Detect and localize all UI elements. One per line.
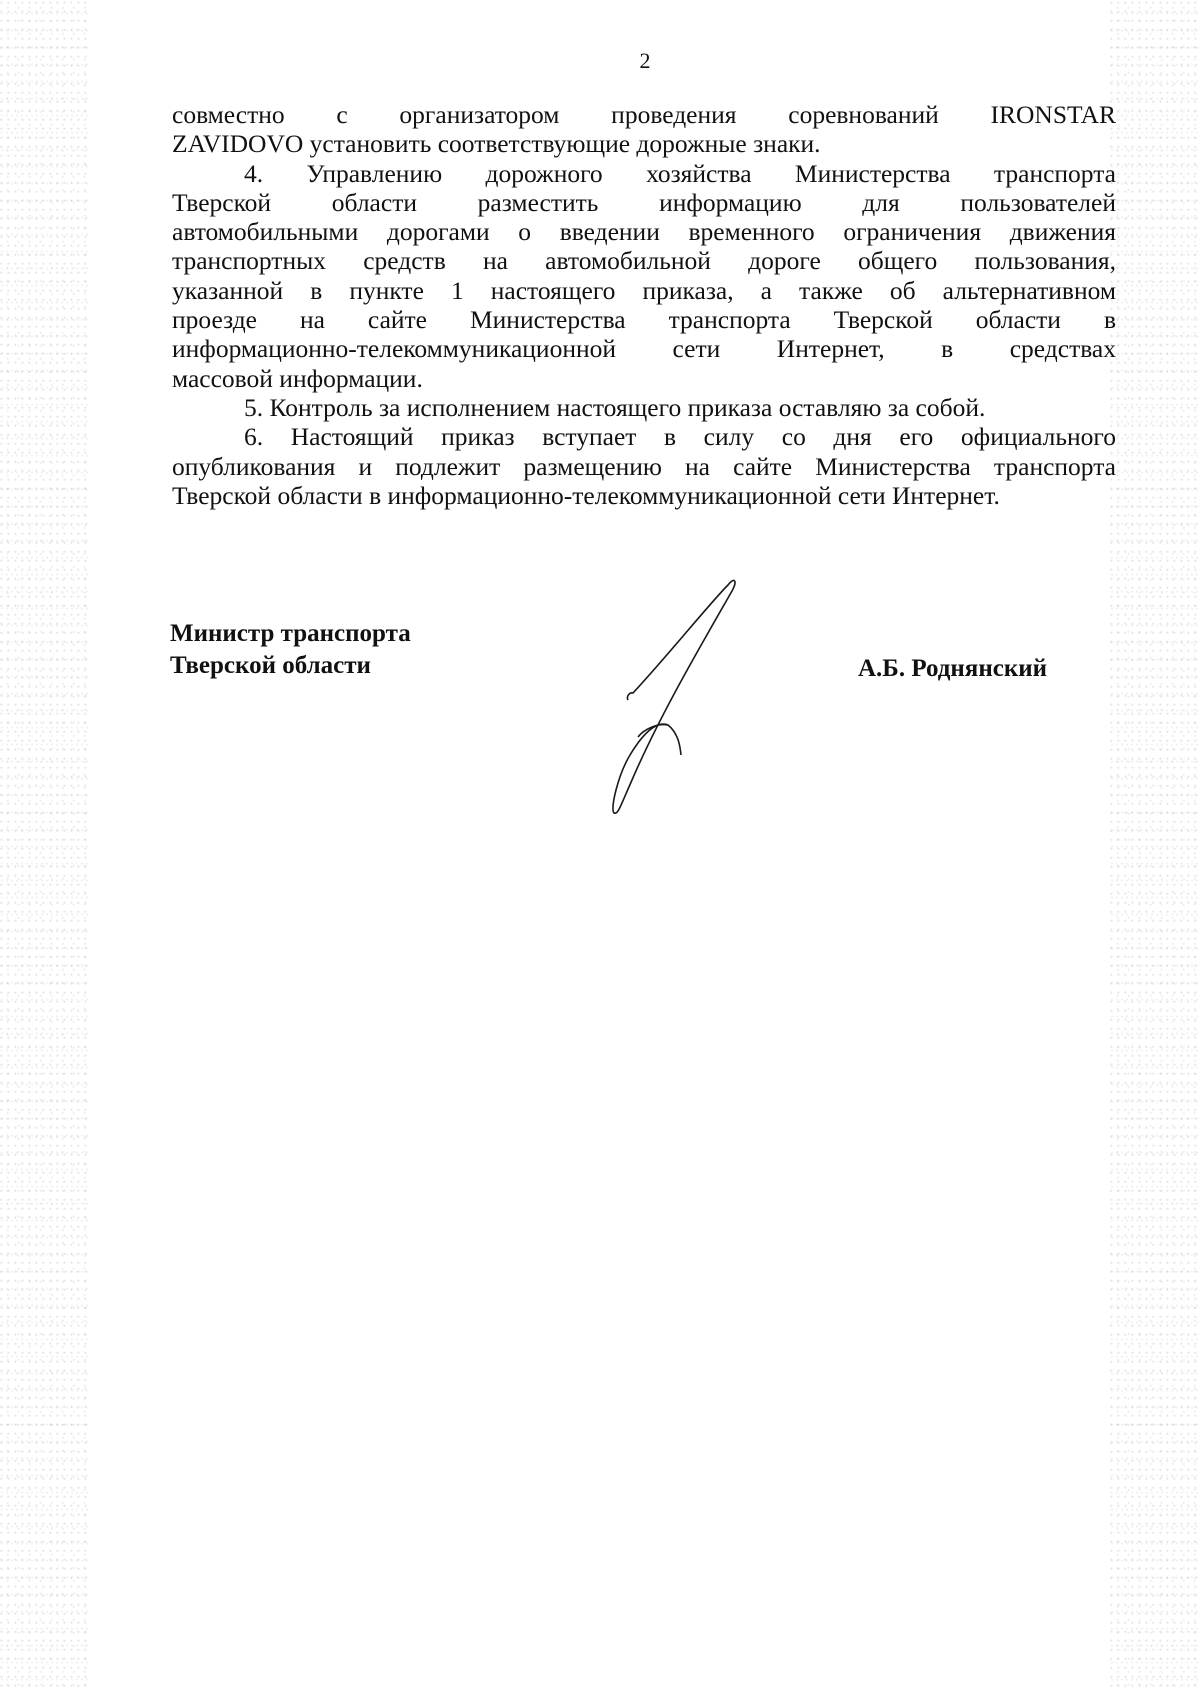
paragraph-3-continuation: совместно с организатором проведения сор…	[172, 100, 1116, 159]
signatory-position: Министр транспорта Тверской области	[170, 618, 411, 682]
scan-noise-left	[0, 0, 90, 1693]
text-line: 5. Контроль за исполнением настоящего пр…	[172, 393, 1116, 422]
paragraph-5: 5. Контроль за исполнением настоящего пр…	[172, 393, 1116, 422]
text-line: совместно с организатором проведения сор…	[172, 100, 1116, 129]
document-page: 2 совместно с организатором проведения с…	[0, 0, 1200, 1693]
text-line: Тверской области в информационно-телеком…	[172, 481, 1116, 510]
position-line-2: Тверской области	[170, 650, 411, 682]
text-line: массовой информации.	[172, 364, 1116, 393]
text-line: 4. Управлению дорожного хозяйства Минист…	[172, 159, 1116, 188]
text-line: ZAVIDOVO установить соответствующие доро…	[172, 129, 1116, 158]
handwritten-signature-icon	[560, 575, 790, 825]
document-body: совместно с организатором проведения сор…	[172, 100, 1116, 510]
scan-noise-right	[1110, 0, 1200, 1693]
paragraph-6: 6. Настоящий приказ вступает в силу со д…	[172, 422, 1116, 510]
position-line-1: Министр транспорта	[170, 618, 411, 650]
paragraph-4: 4. Управлению дорожного хозяйства Минист…	[172, 159, 1116, 393]
text-line: 6. Настоящий приказ вступает в силу со д…	[172, 422, 1116, 451]
page-number: 2	[0, 48, 1200, 74]
text-line: проезде на сайте Министерства транспорта…	[172, 305, 1116, 334]
text-line: транспортных средств на автомобильной до…	[172, 246, 1116, 275]
text-line: Тверской области разместить информацию д…	[172, 188, 1116, 217]
text-line: указанной в пункте 1 настоящего приказа,…	[172, 276, 1116, 305]
signatory-name: А.Б. Роднянский	[858, 655, 1047, 683]
text-line: информационно-телекоммуникационной сети …	[172, 334, 1116, 363]
text-line: автомобильными дорогами о введении време…	[172, 217, 1116, 246]
text-line: опубликования и подлежит размещению на с…	[172, 452, 1116, 481]
